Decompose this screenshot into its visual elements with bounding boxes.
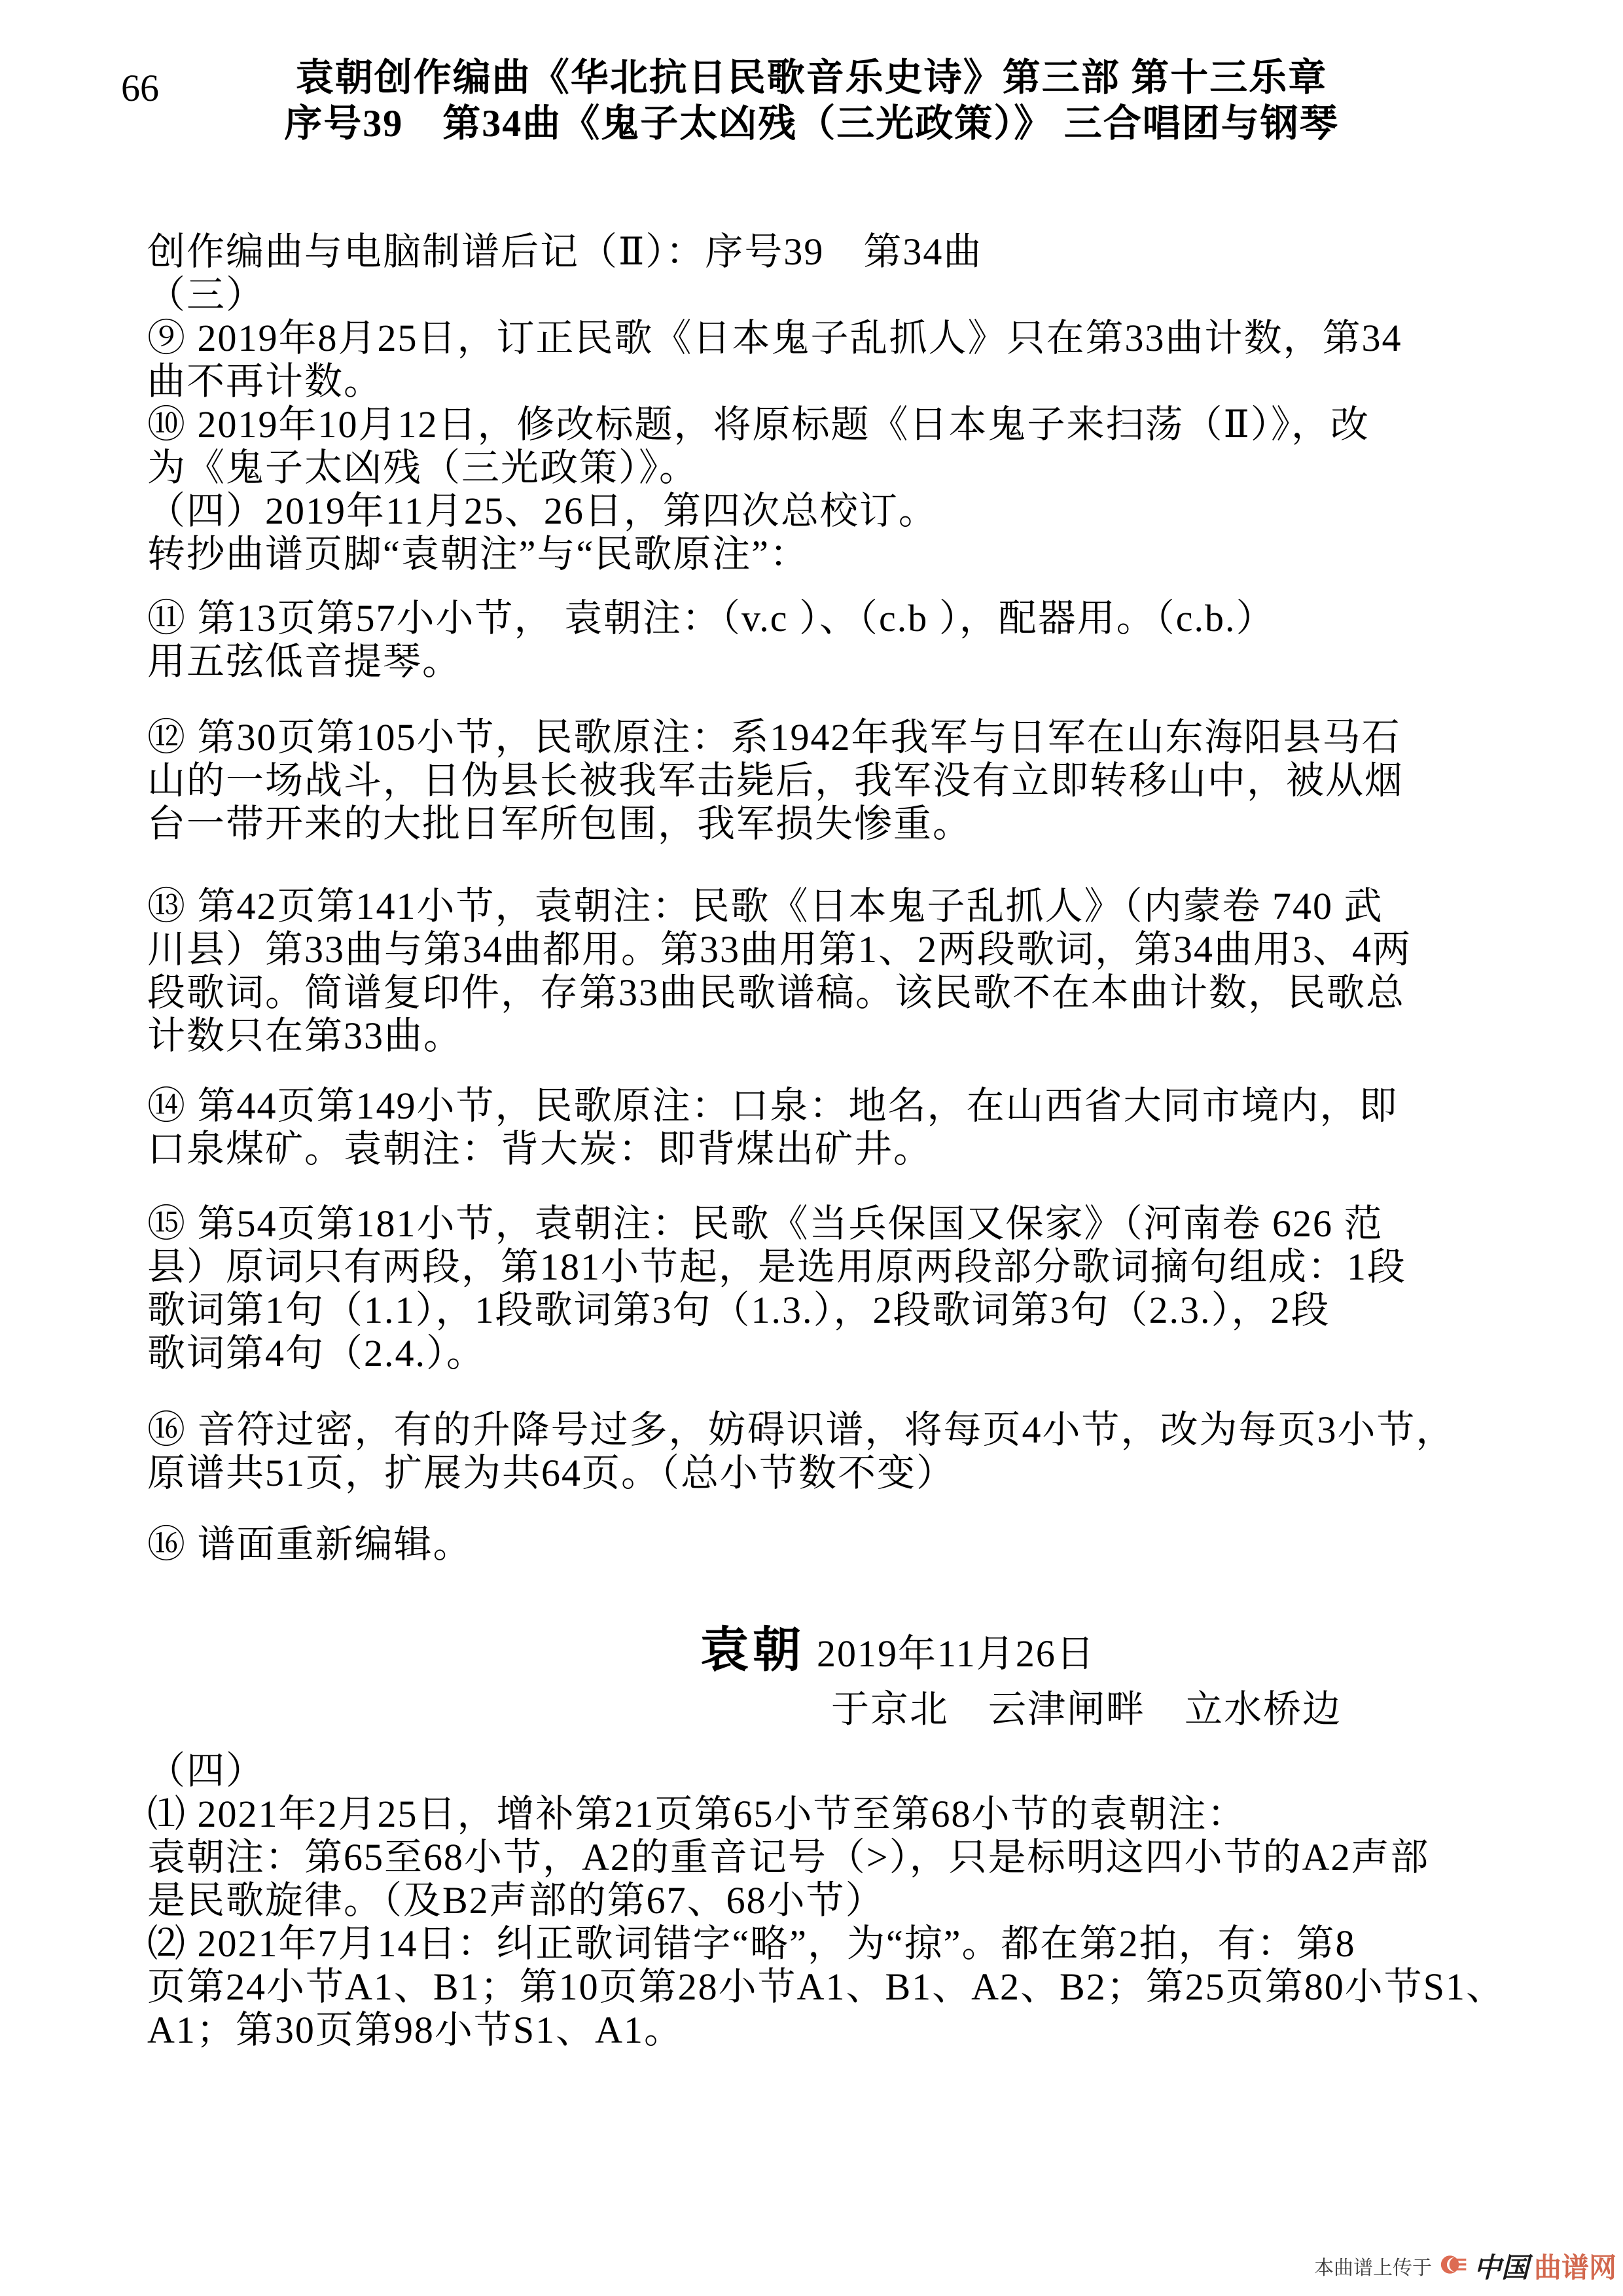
site-logo-icon (1440, 2250, 1469, 2282)
body-line: ⑩ 2019年10月12日，修改标题，将原标题《日本鬼子来扫荡（Ⅱ）》，改 (147, 403, 1548, 446)
body-line: ⑯ 谱面重新编辑。 (147, 1523, 1548, 1566)
body-line: 用五弦低音提琴。 (147, 640, 1548, 683)
header-line-1: 袁朝创作编曲《华北抗日民歌音乐史诗》第三部 第十三乐章 (0, 55, 1623, 101)
tail-line: A1；第30页第98小节S1、A1。 (147, 2009, 1548, 2052)
tail-line: （四） (147, 1749, 1548, 1793)
paragraph-gap (147, 846, 1548, 885)
watermark-brand-red: 曲谱网 (1534, 2246, 1616, 2286)
tail-line: 是民歌旋律。（及B2声部的第67、68小节） (147, 1879, 1548, 1922)
paragraph-gap (147, 1375, 1548, 1408)
body-line: 转抄曲谱页脚“袁朝注”与“民歌原注”： (147, 533, 1548, 576)
body-line: 段歌词。简谱复印件，存第33曲民歌谱稿。该民歌不在本曲计数，民歌总 (147, 971, 1548, 1014)
body-line: 计数只在第33曲。 (147, 1014, 1548, 1058)
tail-line: 袁朝注：第65至68小节，A2的重音记号（>），只是标明这四小节的A2声部 (147, 1836, 1548, 1879)
body-line: 为《鬼子太凶残（三光政策）》。 (147, 446, 1548, 490)
tail-line: 页第24小节A1、B1；第10页第28小节A1、B1、A2、B2；第25页第80… (147, 1965, 1548, 2009)
paragraph-gap (147, 1171, 1548, 1202)
signature-name: 袁朝 (700, 1624, 805, 1677)
body-line: 歌词第1句（1.1），1段歌词第3句（1.3.），2段歌词第3句（2.3.），2… (147, 1289, 1548, 1332)
body-line: ⑮ 第54页第181小节，袁朝注：民歌《当兵保国又保家》（河南卷 626 范 (147, 1202, 1548, 1246)
body-line: 山的一场战斗，日伪县长被我军击毙后，我军没有立即转移山中，被从烟 (147, 759, 1548, 802)
body-line: 川县）第33曲与第34曲都用。第33曲用第1、2两段歌词，第34曲用3、4两 (147, 928, 1548, 971)
tail-line: ⑴ 2021年2月25日，增补第21页第65小节至第68小节的袁朝注： (147, 1793, 1548, 1836)
tail-line: ⑵ 2021年7月14日：纠正歌词错字“略”，为“掠”。都在第2拍，有：第8 (147, 1922, 1548, 1965)
body-line: （三） (147, 274, 1548, 317)
body-line: 创作编曲与电脑制谱后记（Ⅱ）：序号39 第34曲 (147, 230, 1548, 274)
body-line: ⑨ 2019年8月25日，订正民歌《日本鬼子乱抓人》只在第33曲计数，第34 (147, 317, 1548, 360)
signature-place: 于京北 云津闸畔 立水桥边 (831, 1688, 1548, 1738)
paragraph-gap (147, 1738, 1548, 1749)
watermark: 本曲谱上传于 中国 曲谱网 (1314, 2246, 1616, 2286)
signature-line: 袁朝2019年11月26日 (700, 1629, 1548, 1688)
body-line: （四）2019年11月25、26日，第四次总校订。 (147, 490, 1548, 533)
paragraph-gap (147, 1058, 1548, 1085)
page-header: 袁朝创作编曲《华北抗日民歌音乐史诗》第三部 第十三乐章 序号39 第34曲《鬼子… (0, 55, 1623, 147)
body-line: 原谱共51页，扩展为共64页。（总小节数不变） (147, 1452, 1548, 1495)
body-line: ⑪ 第13页第57小小节， 袁朝注：（v.c ）、（c.b ），配器用。（c.b… (147, 597, 1548, 640)
paragraph-gap (147, 1566, 1548, 1629)
body-text: 创作编曲与电脑制谱后记（Ⅱ）：序号39 第34曲 （三） ⑨ 2019年8月25… (147, 230, 1548, 2052)
body-line: 歌词第4句（2.4.）。 (147, 1332, 1548, 1375)
body-line: ⑭ 第44页第149小节，民歌原注：口泉：地名，在山西省大同市境内，即 (147, 1085, 1548, 1128)
body-line: 台一带开来的大批日军所包围，我军损失惨重。 (147, 802, 1548, 846)
body-line: 曲不再计数。 (147, 360, 1548, 403)
body-line: 县）原词只有两段，第181小节起，是选用原两段部分歌词摘句组成：1段 (147, 1246, 1548, 1289)
body-line: ⑫ 第30页第105小节，民歌原注：系1942年我军与日军在山东海阳县马石 (147, 716, 1548, 759)
body-line: ⑯ 音符过密，有的升降号过多，妨碍识谱，将每页4小节，改为每页3小节， (147, 1408, 1548, 1452)
paragraph-gap (147, 576, 1548, 597)
header-line-2: 序号39 第34曲《鬼子太凶残（三光政策）》 三合唱团与钢琴 (0, 101, 1623, 147)
document-page: 66 袁朝创作编曲《华北抗日民歌音乐史诗》第三部 第十三乐章 序号39 第34曲… (0, 0, 1623, 2296)
signature-date: 2019年11月26日 (817, 1632, 1096, 1675)
watermark-brand-black: 中国 (1474, 2246, 1529, 2286)
paragraph-gap (147, 1495, 1548, 1523)
watermark-prefix: 本曲谱上传于 (1314, 2251, 1432, 2280)
body-line: ⑬ 第42页第141小节，袁朝注：民歌《日本鬼子乱抓人》（内蒙卷 740 武 (147, 885, 1548, 928)
paragraph-gap (147, 683, 1548, 716)
body-line: 口泉煤矿。袁朝注：背大炭：即背煤出矿井。 (147, 1128, 1548, 1171)
